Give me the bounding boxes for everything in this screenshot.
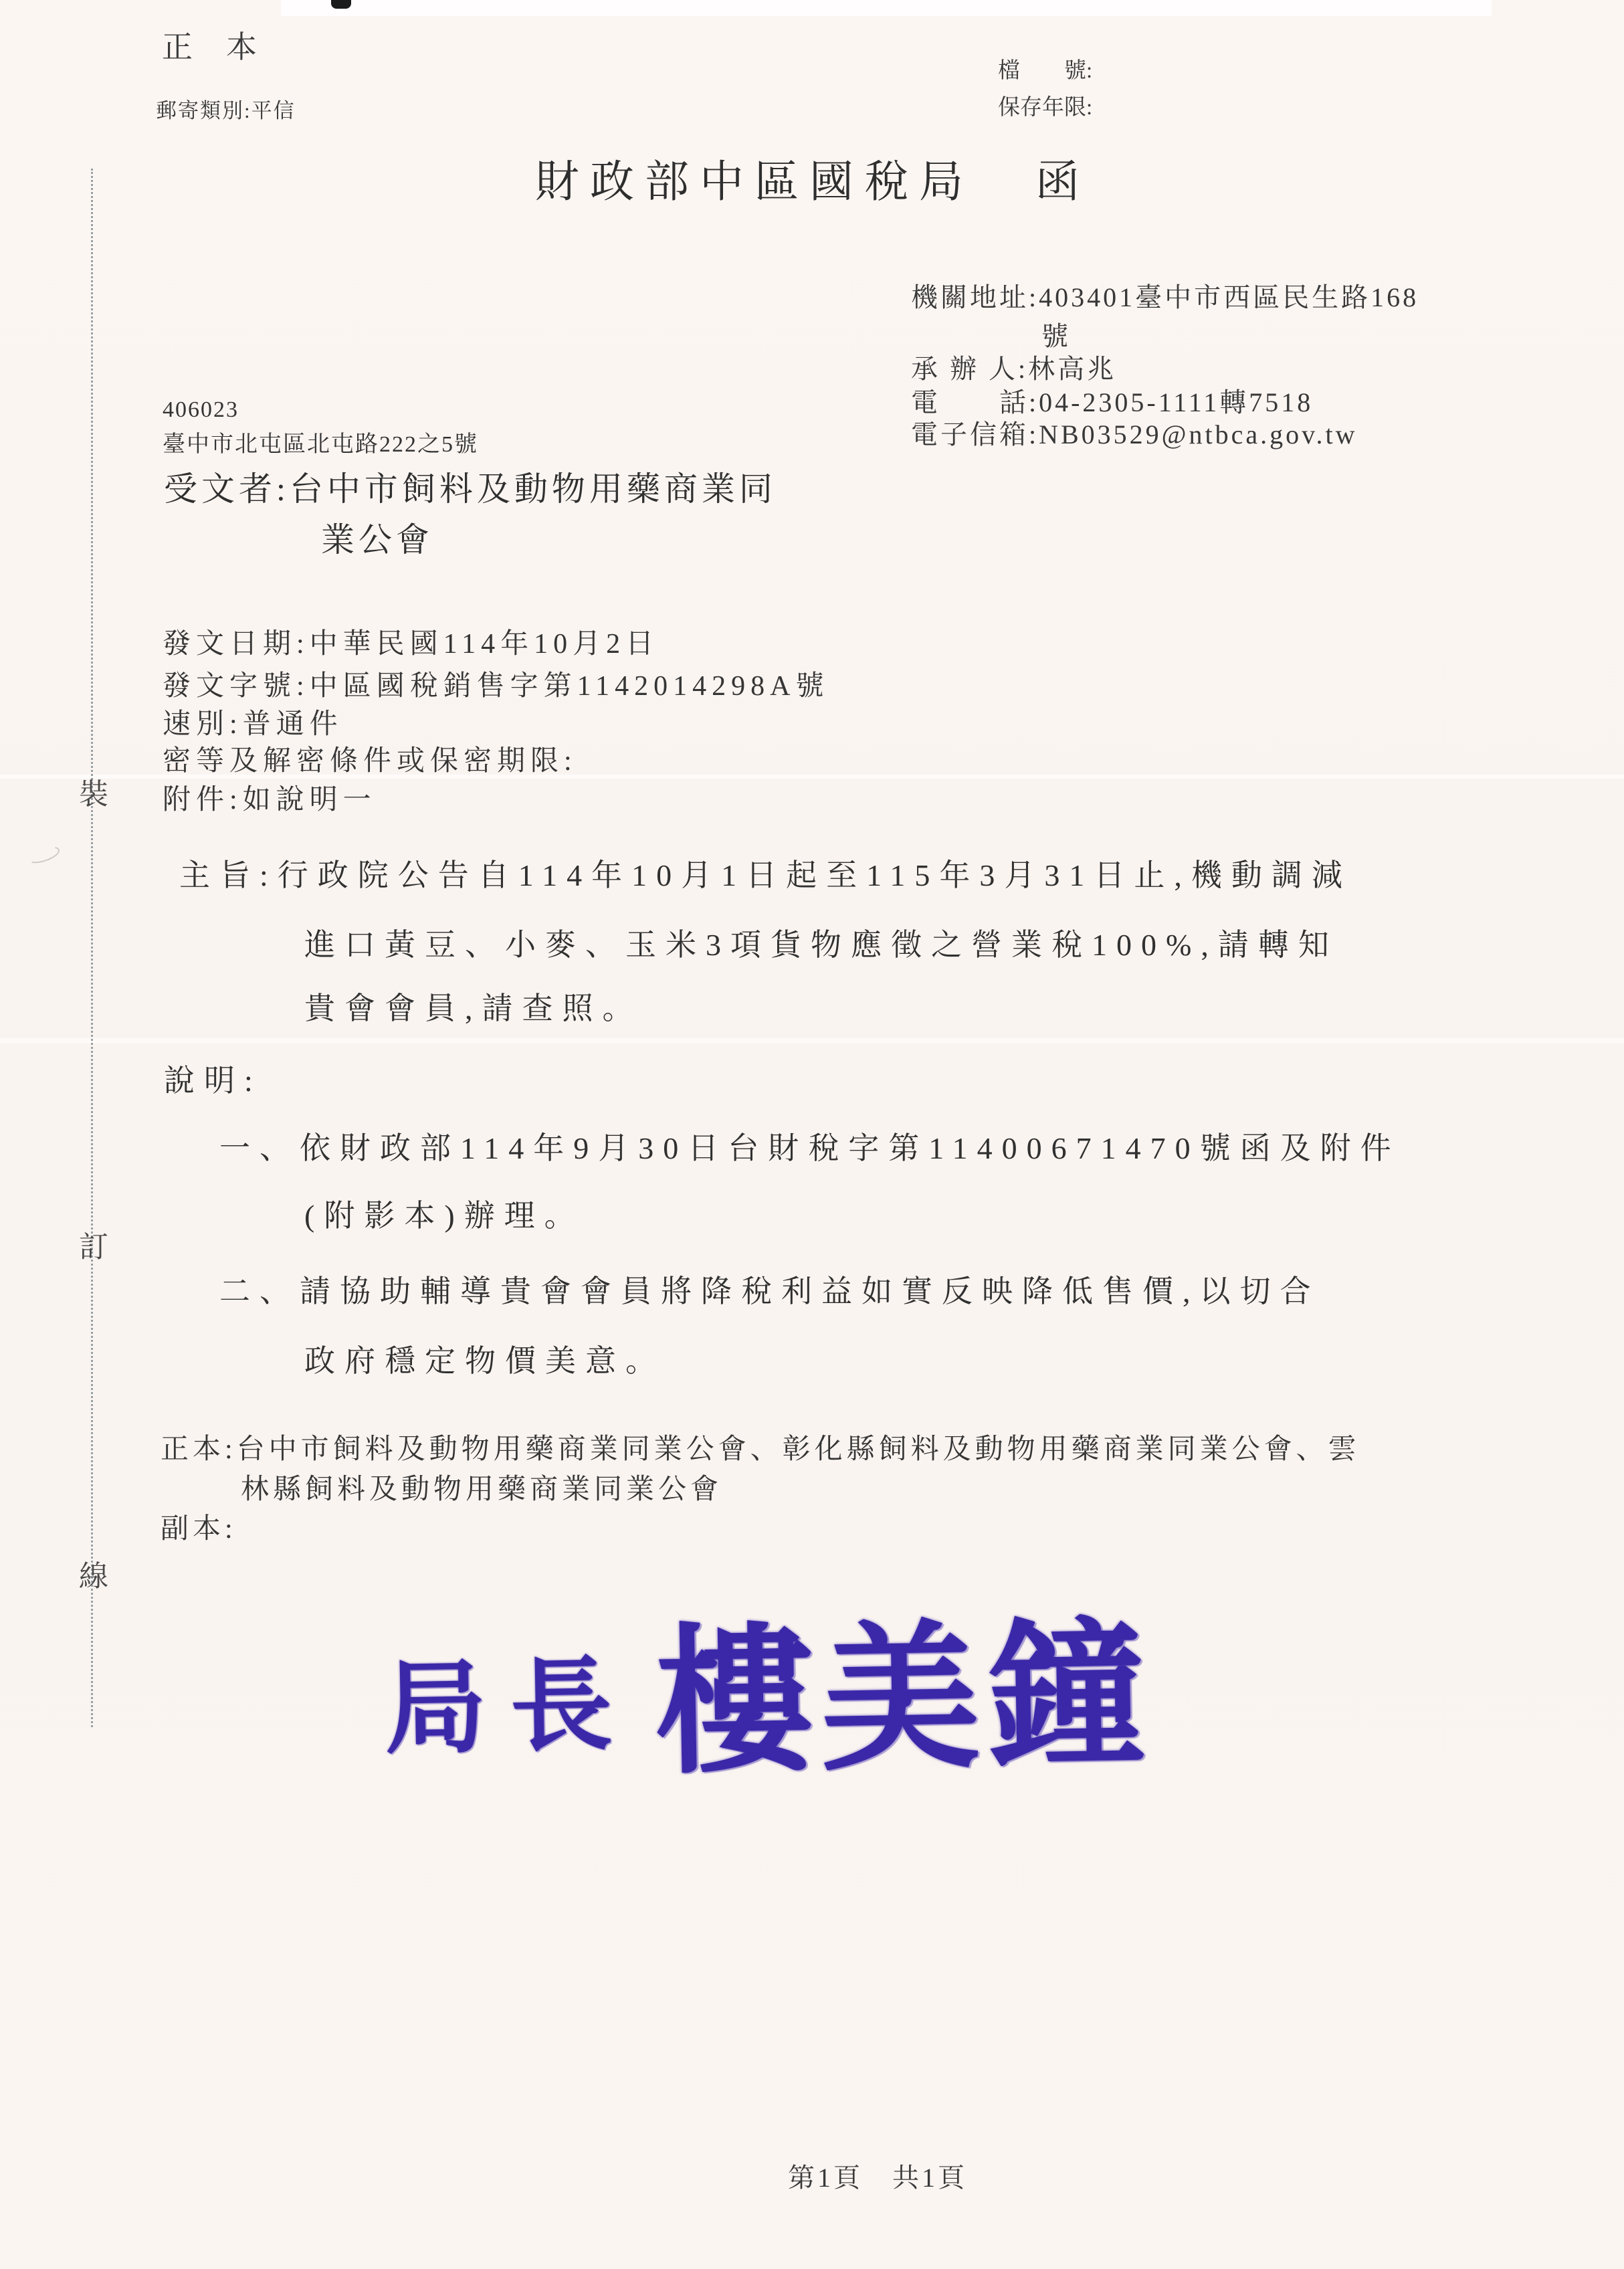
file-number-label: 檔 號:	[998, 60, 1092, 82]
explanation-heading: 說明:	[164, 1066, 262, 1096]
security-classification: 密等及解密條件或保密期限:	[163, 747, 577, 775]
scan-artifact-speck	[331, 0, 351, 9]
document-page: { "header": { "copy_label": "正 本", "mail…	[0, 0, 1624, 2269]
subject-line1: 主旨:行政院公告自114年10月1日起至115年3月31日止,機動調減	[179, 860, 1352, 891]
issuing-agency-name: 財政部中區國稅局	[535, 161, 974, 205]
binding-mark-ding: 訂	[79, 1233, 108, 1262]
paper-crease	[0, 1038, 1624, 1044]
document-number: 發文字號:中區國稅銷售字第1142014298A號	[163, 672, 829, 700]
scan-artifact-top-strip	[281, 0, 1492, 16]
agency-address-line2: 號	[1041, 323, 1071, 350]
agency-contact-person: 承 辦 人:林高兆	[911, 356, 1116, 383]
explanation-item2-line2: 政府穩定物價美意。	[304, 1346, 666, 1377]
scan-artifact-scratch	[25, 844, 62, 866]
page-number-footer: 第1頁 共1頁	[788, 2165, 967, 2191]
agency-email: 電子信箱:NB03529@ntbca.gov.tw	[911, 421, 1358, 448]
mailing-class-label: 郵寄類別:平信	[156, 100, 296, 121]
stamp-name: 樓美鐘	[653, 1617, 1154, 1785]
explanation-item2-line1: 二、請協助輔導貴會會員將降稅利益如實反映降低售價,以切合	[219, 1276, 1320, 1307]
agency-phone: 電 話:04-2305-1111轉7518	[911, 389, 1313, 416]
original-recipients-line1: 正本:台中市飼料及動物用藥商業同業公會、彰化縣飼料及動物用藥商業同業公會、雲	[161, 1436, 1360, 1464]
copy-type-label: 正 本	[162, 32, 258, 63]
explanation-item1-line1: 一、依財政部114年9月30日台財稅字第11400671470號函及附件	[219, 1133, 1401, 1164]
recipient-postal-code: 406023	[163, 399, 239, 421]
recipient-address: 臺中市北屯區北屯路222之5號	[163, 433, 478, 456]
binding-mark-xian: 線	[79, 1562, 108, 1591]
issue-date: 發文日期:中華民國114年10月2日	[163, 630, 659, 658]
document-type: 函	[1035, 161, 1080, 205]
director-signature-stamp: 局長 樓美鐘	[383, 1591, 1242, 1813]
priority-level: 速別:普通件	[163, 710, 343, 738]
binding-mark-zhuang: 裝	[79, 780, 108, 809]
recipient-name-line2: 業公會	[321, 523, 433, 557]
subject-line3: 貴會會員,請查照。	[304, 993, 643, 1024]
stamp-title: 局長	[384, 1655, 637, 1761]
explanation-item1-line2: (附影本)辦理。	[304, 1201, 585, 1231]
recipient-name-line1: 受文者:台中市飼料及動物用藥商業同	[164, 472, 777, 506]
original-recipients-line2: 林縣飼料及動物用藥商業同業公會	[241, 1476, 722, 1504]
copy-recipients-label: 副本:	[161, 1515, 237, 1543]
binding-dotted-line	[91, 169, 93, 1727]
attachment-note: 附件:如說明一	[163, 786, 377, 814]
retention-period-label: 保存年限:	[998, 97, 1092, 119]
subject-line2: 進口黃豆、小麥、玉米3項貨物應徵之營業稅100%,請轉知	[304, 930, 1338, 961]
agency-address-line1: 機關地址:403401臺中市西區民生路168	[911, 284, 1419, 311]
document-title: 財政部中區國稅局 函	[535, 161, 1080, 205]
